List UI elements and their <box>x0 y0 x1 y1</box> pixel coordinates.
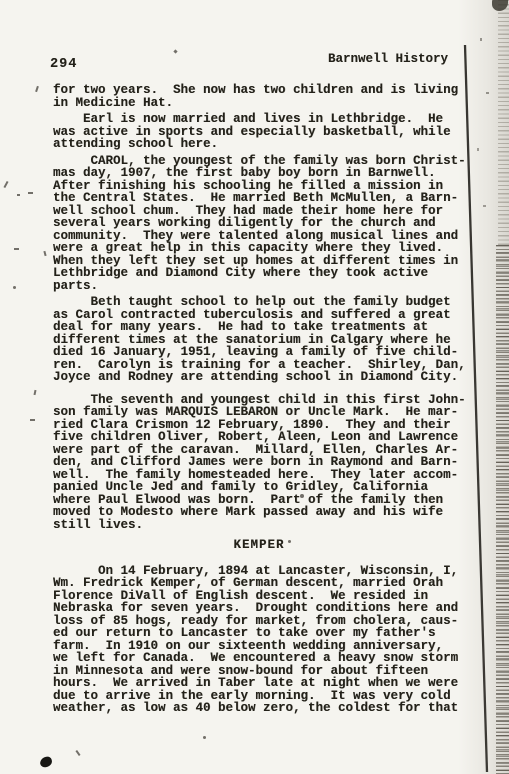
ink-speck <box>34 390 37 395</box>
running-title: Barnwell History <box>328 53 448 66</box>
ink-speck <box>486 92 489 94</box>
ink-speck <box>288 540 291 543</box>
ink-speck <box>17 194 20 196</box>
scan-edge-noise-top <box>498 0 509 245</box>
scan-edge-noise-bottom <box>496 245 509 774</box>
ink-speck <box>30 419 35 421</box>
ink-speck <box>300 494 304 498</box>
ink-speck <box>203 736 206 739</box>
ink-speck <box>173 49 177 53</box>
page-body: for two years. She now has two children … <box>53 84 465 715</box>
scanned-book-page: 294 Barnwell History for two years. She … <box>0 0 509 774</box>
ink-speck <box>13 286 16 289</box>
paragraph-beth: Beth taught school to help out the famil… <box>53 296 465 384</box>
ink-speck <box>480 38 482 41</box>
ink-speck <box>75 750 80 756</box>
ink-speck <box>3 181 8 188</box>
ink-speck <box>477 148 479 151</box>
ink-speck <box>483 205 486 207</box>
paragraph-kemper: On 14 February, 1894 at Lancaster, Wisco… <box>53 565 465 715</box>
paragraph-earl: Earl is now married and lives in Lethbri… <box>53 113 465 151</box>
section-heading-kemper: KEMPER <box>53 539 465 552</box>
page-number: 294 <box>50 58 77 72</box>
ink-speck <box>28 192 33 194</box>
paragraph-continuation: for two years. She now has two children … <box>53 84 465 109</box>
paragraph-carol: CAROL, the youngest of the family was bo… <box>53 155 465 293</box>
ink-smudge <box>39 756 53 768</box>
ink-speck <box>43 251 46 256</box>
paragraph-marquis-lebaron: The seventh and youngest child in this f… <box>53 394 465 532</box>
ink-speck <box>14 248 19 250</box>
ink-speck <box>35 86 39 92</box>
